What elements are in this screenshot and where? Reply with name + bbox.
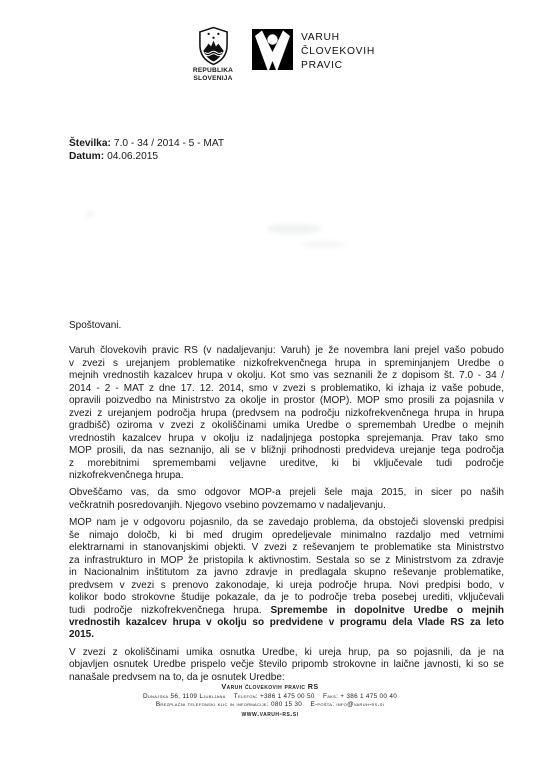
slovenia-coat-of-arms-icon <box>187 26 239 66</box>
letter-line: elektrarnami in stanovanjskimi objekti. … <box>69 542 504 554</box>
letter-line: kolikor bodo strokovne študije pokazale,… <box>69 592 504 604</box>
footer-website: www.varuh-rs.si <box>0 711 540 718</box>
letter-line: MOP nam je v odgovoru pojasnilo, da se z… <box>69 517 504 529</box>
letter-line: in Nacionalnim inštitutom za javno zdrav… <box>69 567 504 579</box>
footer-info-line: Brezplačni telefonski klic in informacij… <box>0 701 540 708</box>
letter-line: objavljen osnutek Uredbe prispelo večje … <box>69 659 504 671</box>
letter-paragraph: Varuh človekovih pravic RS (v nadaljevan… <box>69 345 504 482</box>
org-name-line1: VARUH <box>301 31 375 45</box>
letter-line: opravili poizvedbo na Ministrstvo za oko… <box>69 395 504 407</box>
letter-line: za infrastrukturo in MOP že pristopila k… <box>69 555 504 567</box>
redacted-recipient-mark <box>266 224 322 234</box>
letterhead: REPUBLIKA SLOVENIJA VARUH ČLOVEKOVIH PRA… <box>187 26 375 83</box>
letter-line: tudi področje nizkofrekvenčnega hrupa. S… <box>69 605 504 617</box>
letter-line: v zvezi s urejanjem problematike nizkofr… <box>69 358 504 370</box>
date-value: 04.06.2015 <box>107 151 158 162</box>
letter-line: MOP prosili, da nas seznanijo, ali se v … <box>69 445 504 457</box>
redacted-recipient-mark <box>300 241 346 248</box>
letter-line: Varuh človekovih pravic RS (v nadaljevan… <box>69 345 504 357</box>
letter-paragraph: MOP nam je v odgovoru pojasnilo, da se z… <box>69 517 504 642</box>
letter-line: zvezi z urejanjem področja hrupa (predvs… <box>69 408 504 420</box>
letter-line: predvsem v zvezi s prenovo zakonodaje, k… <box>69 580 504 592</box>
letter-body: Spoštovani. Varuh človekovih pravic RS (… <box>69 320 504 689</box>
letter-line: 2014 - 2 - MAT z dne 17. 12. 2014, smo v… <box>69 383 504 395</box>
coat-label-line2: SLOVENIJA <box>187 75 239 83</box>
letter-line: večkratnih posredovanjih. Njegovo vsebin… <box>69 500 504 512</box>
letter-line: 2015. <box>69 629 504 641</box>
scanned-letter-page: { "colors": { "ink": "#1a1a1a", "logo_bl… <box>0 0 540 765</box>
reference-block: Številka:7.0 - 34 / 2014 - 5 - MAT Datum… <box>69 137 224 163</box>
redacted-recipient-mark <box>86 211 95 217</box>
letter-line: V zvezi z okoliščinami umika osnutka Ure… <box>69 647 504 659</box>
letter-line: vrednostih kazalcev hrupa v okolju iz na… <box>69 433 504 445</box>
org-name: VARUH ČLOVEKOVIH PRAVIC <box>301 31 375 74</box>
letter-paragraph: V zvezi z okoliščinami umika osnutka Ure… <box>69 647 504 684</box>
footer-org-name: Varuh človekovih pravic RS <box>0 682 540 691</box>
letter-line: mejnih vrednostih kazalcev hrupa v okolj… <box>69 370 504 382</box>
reference-number-row: Številka:7.0 - 34 / 2014 - 5 - MAT <box>69 137 224 150</box>
reference-number-label: Številka: <box>69 138 111 149</box>
varuh-logo-icon <box>252 29 293 75</box>
reference-number-value: 7.0 - 34 / 2014 - 5 - MAT <box>114 138 224 149</box>
footer-address-line: Dunajska 56, 1109 Ljubljana Telefon: +38… <box>0 693 540 700</box>
letter-line: nizkofrekvenčnega hrupa. <box>69 470 504 482</box>
letter-paragraph: Obveščamo vas, da smo odgovor MOP-a prej… <box>69 487 504 512</box>
letter-line: z morebitnimi spremembami veljavne uredi… <box>69 458 504 470</box>
salutation: Spoštovani. <box>69 320 504 332</box>
org-name-line3: PRAVIC <box>301 59 375 73</box>
letter-line: gradbišč) oziroma v zvezi z okoliščinami… <box>69 420 504 432</box>
page-footer: Varuh človekovih pravic RS Dunajska 56, … <box>0 682 540 718</box>
letter-line: vrednostih kazalcev hrupa v okolju so pr… <box>69 617 504 629</box>
letter-line: še nimajo določb, ki bi med drugim opred… <box>69 530 504 542</box>
coat-label-line1: REPUBLIKA <box>187 67 239 75</box>
org-name-line2: ČLOVEKOVIH <box>301 45 375 59</box>
coat-of-arms-block: REPUBLIKA SLOVENIJA <box>187 26 239 83</box>
letter-line: Obveščamo vas, da smo odgovor MOP-a prej… <box>69 487 504 499</box>
date-label: Datum: <box>69 151 104 162</box>
date-row: Datum:04.06.2015 <box>69 150 224 163</box>
